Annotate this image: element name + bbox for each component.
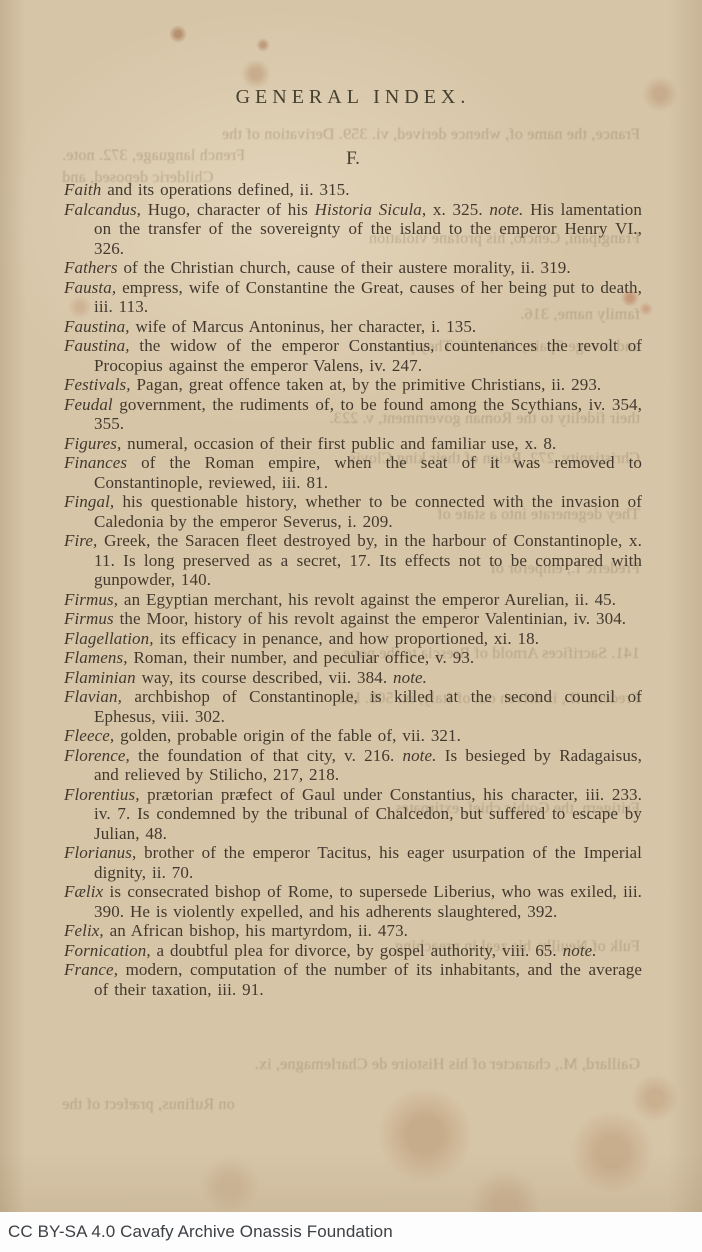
index-entry: Fingal, his questionable history, whethe…: [64, 492, 642, 531]
index-entry: Fælix is consecrated bishop of Rome, to …: [64, 882, 642, 921]
bleedthrough-line: Gaillard, M., character of his Histoire …: [0, 1056, 702, 1074]
index-entry: Flagellation, its efficacy in penance, a…: [64, 629, 642, 649]
index-entry: Fausta, empress, wife of Constantine the…: [64, 278, 642, 317]
index-entry: Flaminian way, its course described, vii…: [64, 668, 642, 688]
index-entry: Flavian, archbishop of Constantinople, i…: [64, 687, 642, 726]
bleedthrough-line: France, the name of, whence derived, vi.…: [0, 126, 702, 144]
index-entry: Florence, the foundation of that city, v…: [64, 746, 642, 785]
index-entry: Faustina, wife of Marcus Antoninus, her …: [64, 317, 642, 337]
index-entry: France, modern, computation of the numbe…: [64, 960, 642, 999]
index-entry: Felix, an African bishop, his martyrdom,…: [64, 921, 642, 941]
section-letter: F.: [64, 148, 642, 170]
index-entry: Festivals, Pagan, great offence taken at…: [64, 375, 642, 395]
page-title: GENERAL INDEX.: [64, 86, 642, 109]
index-entry: Firmus, an Egyptian merchant, his revolt…: [64, 590, 642, 610]
index-entry: Fire, Greek, the Saracen fleet destroyed…: [64, 531, 642, 590]
index-entry: Fornication, a doubtful plea for divorce…: [64, 941, 642, 961]
index-entry: Florentius, prætorian præfect of Gaul un…: [64, 785, 642, 844]
index-entry: Fleece, golden, probable origin of the f…: [64, 726, 642, 746]
index-entry: Flamens, Roman, their number, and peculi…: [64, 648, 642, 668]
index-entry: Feudal government, the rudiments of, to …: [64, 395, 642, 434]
index-entry: Falcandus, Hugo, character of his Histor…: [64, 200, 642, 259]
index-entry: Finances of the Roman empire, when the s…: [64, 453, 642, 492]
index-entry: Faith and its operations defined, ii. 31…: [64, 180, 642, 200]
index-entry: Fathers of the Christian church, cause o…: [64, 258, 642, 278]
index-entry: Faustina, the widow of the emperor Const…: [64, 336, 642, 375]
index-entry: Florianus, brother of the emperor Tacitu…: [64, 843, 642, 882]
license-text: CC BY-SA 4.0 Cavafy Archive Onassis Foun…: [0, 1222, 393, 1242]
bleedthrough-line: on Rufinus, præfect of the: [0, 1096, 702, 1114]
index-entry: Firmus the Moor, history of his revolt a…: [64, 609, 642, 629]
license-bar: CC BY-SA 4.0 Cavafy Archive Onassis Foun…: [0, 1212, 702, 1252]
index-entries: Faith and its operations defined, ii. 31…: [64, 180, 642, 999]
index-entry: Figures, numeral, occasion of their firs…: [64, 434, 642, 454]
scanned-page: France, the name of, whence derived, vi.…: [0, 0, 702, 1212]
